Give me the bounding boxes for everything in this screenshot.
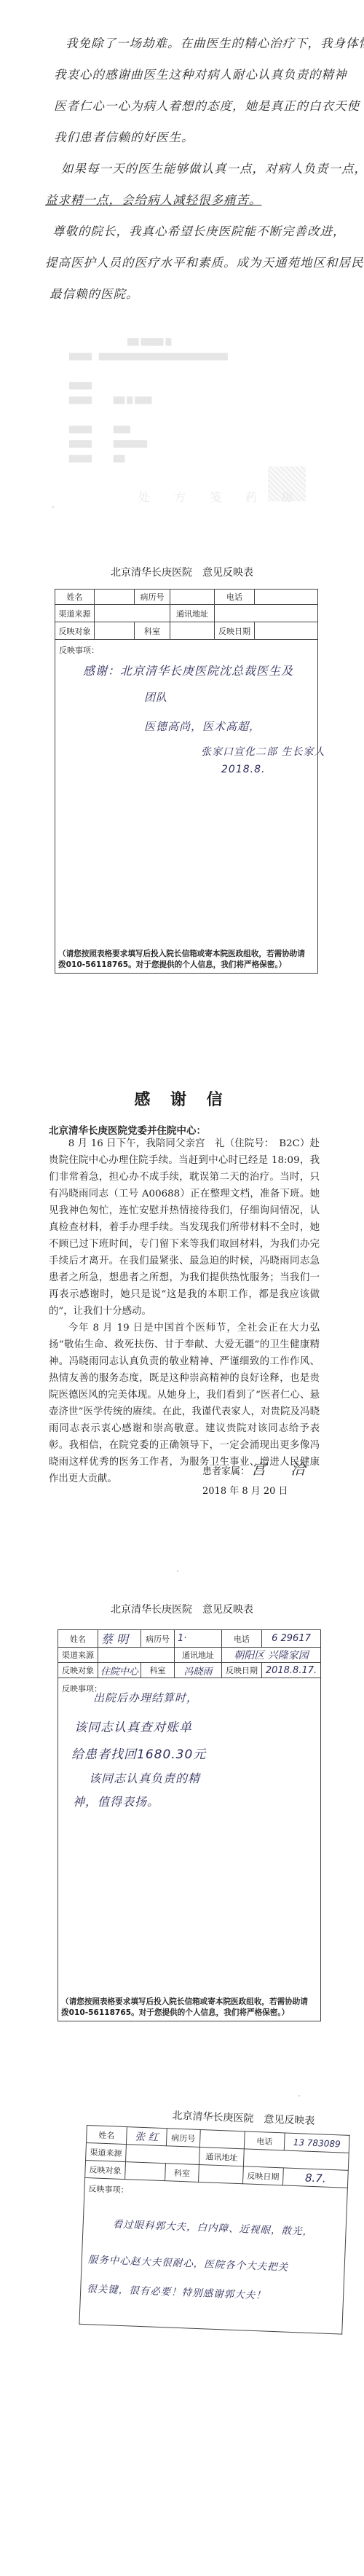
handwritten-line: 最信赖的医院。	[44, 278, 364, 310]
handwritten-line: 如果每一天的医生能够做认真一点，对病人负责一点，医术再	[44, 153, 364, 184]
handwritten-line: 益求精一点，会给病人减轻很多痛苦。	[44, 184, 364, 216]
letter-date: 2018 年 8 月 20 日	[202, 1483, 288, 1497]
matter-handwriting: 给患者找回1680.30元	[71, 1744, 206, 1762]
form-header-table: 姓名 张 红 病历号 电话 13 783089 渠道来源 通讯地址 反映对象 科…	[84, 2125, 350, 2188]
date-label: 反映日期	[222, 1663, 262, 1678]
address-field[interactable]	[215, 605, 318, 622]
feedback-form-3: 北京清华长庚医院 意见反映表 姓名 张 红 病历号 电话 13 783089 渠…	[79, 2105, 356, 2335]
handwritten-line: 我衷心的感谢曲医生这种对病人耐心认真负责的精神	[44, 59, 364, 90]
record-no-label: 病历号	[135, 590, 170, 605]
form-footnote: （请您按照表格要求填写后投入院长信箱或寄本院医政组收，若需协助请拨010-561…	[58, 949, 312, 971]
department-label: 科室	[135, 622, 170, 640]
handwritten-line: 我免除了一场劫难。在曲医生的精心治疗下，我身体恢复很	[44, 28, 364, 59]
record-no-label: 病历号	[166, 2129, 200, 2148]
department-field[interactable]	[170, 622, 215, 640]
letter-title: 感 谢 信	[0, 1087, 364, 1110]
matter-handwriting: 看过眼科郭大夫，白内障、近视眼，散光，	[112, 2215, 313, 2238]
form-title: 北京清华长庚医院 意见反映表	[0, 565, 364, 579]
phone-label: 电话	[222, 1630, 262, 1648]
handwritten-line: 提高医护人员的医疗水平和素质。成为天通苑地区和居民	[44, 247, 364, 278]
phone-label: 电话	[215, 590, 255, 605]
scan-speck	[177, 1570, 178, 1572]
date-label: 反映日期	[215, 622, 255, 640]
name-field[interactable]: 蔡 明	[98, 1630, 141, 1648]
letter-signature: 患者家属：宫 洽	[202, 1457, 315, 1479]
target-label: 反映对象	[55, 622, 95, 640]
matter-handwriting: 神，值得表扬。	[73, 1793, 159, 1809]
handwritten-line: 我们患者信赖的好医生。	[44, 122, 364, 153]
matter-handwriting: 该同志认真查对账单	[74, 1717, 192, 1735]
matter-box: 反映事项： 出院后办理结算时， 该同志认真查对账单 给患者找回1680.30元 …	[58, 1678, 321, 2021]
handwritten-letter: 我免除了一场劫难。在曲医生的精心治疗下，我身体恢复很 我衷心的感谢曲医生这种对病…	[44, 28, 364, 310]
matter-handwriting: 医德高尚，医术高超，	[144, 719, 261, 734]
matter-box: 反映事项： 看过眼科郭大夫，白内障、近视眼，散光， 服务中心赵大夫很耐心，医院各…	[79, 2178, 347, 2335]
address-label: 通讯地址	[175, 1648, 222, 1663]
feedback-form-2: 姓名 蔡 明 病历号 1· 电话 6 29617 渠道来源 通讯地址 朝阳区 兴…	[58, 1629, 321, 2021]
matter-handwriting: 团队	[144, 689, 167, 705]
record-no-field[interactable]	[170, 590, 215, 605]
date-label: 反映日期	[242, 2166, 283, 2185]
show-through-residue: ▇▇ ▇▇▇▇ ▇ ▇▇▇▇ ▇▇▇▇▇▇▇▇▇▇▇▇▇▇▇▇▇▇▇▇▇▇▇ ▇…	[69, 335, 317, 466]
matter-label: 反映事项：	[59, 644, 99, 656]
name-field[interactable]	[95, 590, 135, 605]
signature-label: 患者家属：	[202, 1466, 250, 1477]
handwritten-line: 医者仁心一心为病人着想的态度，她是真正的白衣天使	[44, 90, 364, 122]
matter-handwriting: 该同志认真负责的精	[89, 1769, 200, 1786]
channel-field[interactable]	[98, 1648, 175, 1663]
target-label: 反映对象	[85, 2160, 126, 2179]
letter-salutation: 北京清华长庚医院党委并住院中心：	[49, 1122, 206, 1137]
channel-label: 渠道来源	[86, 2142, 127, 2161]
matter-box: 反映事项： 感谢：北京清华长庚医院沈总裁医生及 团队 医德高尚，医术高超， 张家…	[55, 640, 318, 974]
date-field[interactable]: 8.7.	[282, 2168, 348, 2188]
handwritten-line: 尊敬的院长，我真心希望长庚医院能不断完善改进，	[44, 216, 364, 247]
target-field[interactable]: 住院中心	[98, 1663, 141, 1678]
phone-field[interactable]	[255, 590, 318, 605]
address-label: 通讯地址	[199, 2147, 244, 2166]
phone-field[interactable]: 13 783089	[284, 2133, 349, 2153]
matter-handwriting: 感谢：北京清华长庚医院沈总裁医生及	[83, 662, 293, 678]
target-field[interactable]	[95, 622, 135, 640]
department-field[interactable]: 冯晓雨	[175, 1663, 222, 1678]
record-no-field[interactable]: 1·	[175, 1630, 222, 1648]
form-footnote: （请您按照表格要求填写后投入院长信箱或寄本院医政组收，若需协助请拨010-561…	[61, 1997, 315, 2019]
show-through-title: 处 方 笺 药 房	[138, 488, 303, 505]
matter-label: 反映事项：	[88, 2182, 129, 2196]
date-field[interactable]: 2018.8.17.	[262, 1663, 321, 1678]
channel-label: 渠道来源	[55, 605, 95, 622]
record-no-field[interactable]	[199, 2129, 245, 2148]
department-label: 科室	[141, 1663, 175, 1678]
matter-handwriting: 很关键，很有必要！特别感谢郭大夫！	[87, 2280, 266, 2301]
matter-handwriting: 2018.8.	[221, 764, 265, 775]
address-field[interactable]: 朝阳区 兴隆家园	[222, 1648, 321, 1663]
record-no-label: 病历号	[141, 1630, 175, 1648]
scan-speck	[52, 506, 54, 508]
phone-field[interactable]: 6 29617	[262, 1630, 321, 1648]
phone-label: 电话	[244, 2131, 285, 2150]
form-title: 北京清华长庚医院 意见反映表	[0, 1602, 364, 1616]
department-field[interactable]	[199, 2164, 244, 2183]
address-label: 通讯地址	[170, 605, 215, 622]
letter-body: 8 月 16 日下午，我陪同父亲宫 礼（住院号： B2C）赴贵院住院中心办理住院…	[49, 1135, 320, 1487]
target-field[interactable]	[125, 2162, 166, 2181]
letter-paragraph: 8 月 16 日下午，我陪同父亲宫 礼（住院号： B2C）赴贵院住院中心办理住院…	[49, 1135, 320, 1320]
channel-label: 渠道来源	[58, 1648, 98, 1663]
name-label: 姓名	[58, 1630, 98, 1648]
feedback-form-1: 姓名 病历号 电话 渠道来源 通讯地址 反映对象 科室 反映日期 反映事项： 感…	[55, 589, 318, 974]
matter-handwriting: 张家口宣化二部 生长家人	[201, 744, 325, 759]
channel-field[interactable]	[95, 605, 170, 622]
signature-name: 宫 洽	[251, 1460, 315, 1478]
name-label: 姓名	[86, 2125, 127, 2144]
scan-speck	[298, 2095, 300, 2097]
target-label: 反映对象	[58, 1663, 98, 1678]
form-header-table: 姓名 病历号 电话 渠道来源 通讯地址 反映对象 科室 反映日期	[55, 589, 318, 640]
name-field[interactable]: 张 红	[126, 2127, 167, 2146]
form-header-table: 姓名 蔡 明 病历号 1· 电话 6 29617 渠道来源 通讯地址 朝阳区 兴…	[58, 1629, 321, 1678]
department-label: 科室	[165, 2164, 199, 2182]
name-label: 姓名	[55, 590, 95, 605]
date-field[interactable]	[255, 622, 318, 640]
matter-handwriting: 出院后办理结算时，	[93, 1690, 198, 1705]
matter-handwriting: 服务中心赵大夫很耐心，医院各个大夫把关	[88, 2251, 289, 2274]
